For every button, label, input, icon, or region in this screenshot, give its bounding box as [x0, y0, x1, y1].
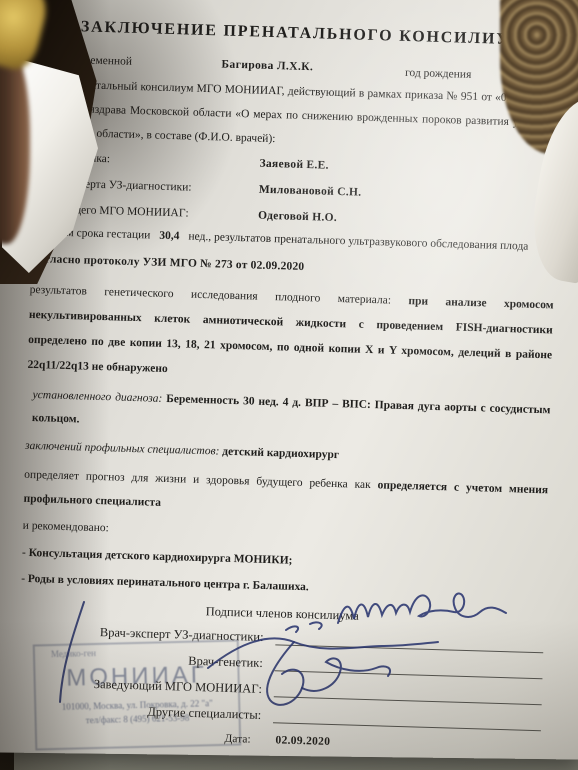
diagnosis-label: установленного диагноза: [32, 389, 162, 405]
ultrasound-protocol-line: Согласно протоколу УЗИ МГО № 273 от 02.0… [30, 252, 554, 283]
date-value: 02.09.2020 [275, 734, 330, 748]
handwritten-pen-stroke [44, 598, 94, 708]
handwritten-signature-geneticist-and-head [198, 616, 448, 716]
specialists-value: детский кардиохирург [222, 446, 339, 461]
specialists-label: заключений профильных специалистов: [25, 440, 220, 458]
photo-of-document: Медико-ген МОНИИАГ 101000, Москва, ул. П… [0, 0, 578, 770]
doctor-name: Заяевой Е.Е. [259, 157, 329, 174]
doctor-name: Одеговой Н.О. [258, 209, 337, 226]
gestation-weeks-value: 30,4 [159, 230, 179, 243]
date-label: Дата: [224, 733, 250, 746]
gestation-suffix: нед., результатов пренатального ультразв… [188, 231, 528, 253]
prognosis-paragraph: определяет прогноз для жизни и здоровья … [23, 463, 548, 527]
genetics-findings: при анализе хромосом некультивированных … [27, 295, 553, 375]
doctor-name: Миловановой С.Н. [259, 183, 362, 201]
genetics-paragraph: результатов генетического исследования п… [27, 278, 554, 394]
birth-year-label: год рождения [405, 66, 472, 83]
doctor-row-ultrasound-expert: врача-эксперта УЗ-диагностики: Милованов… [33, 176, 557, 207]
patient-name-value: Багирова Л.Х.К. [221, 57, 371, 76]
doctors-list: врача-генетика: Заяевой Е.Е. врача-экспе… [32, 150, 558, 233]
genetics-prefix: результатов генетического исследования п… [30, 284, 392, 307]
recommendation-item: - Консультация детского кардиохирурга МО… [22, 546, 546, 577]
intro-paragraph: Пренатальный консилиум МГО МОНИИАГ, дейс… [34, 72, 560, 160]
prognosis-prefix: определяет прогноз для жизни и здоровья … [24, 469, 371, 491]
diagnosis-paragraph: установленного диагноза: Беременность 30… [26, 384, 551, 446]
